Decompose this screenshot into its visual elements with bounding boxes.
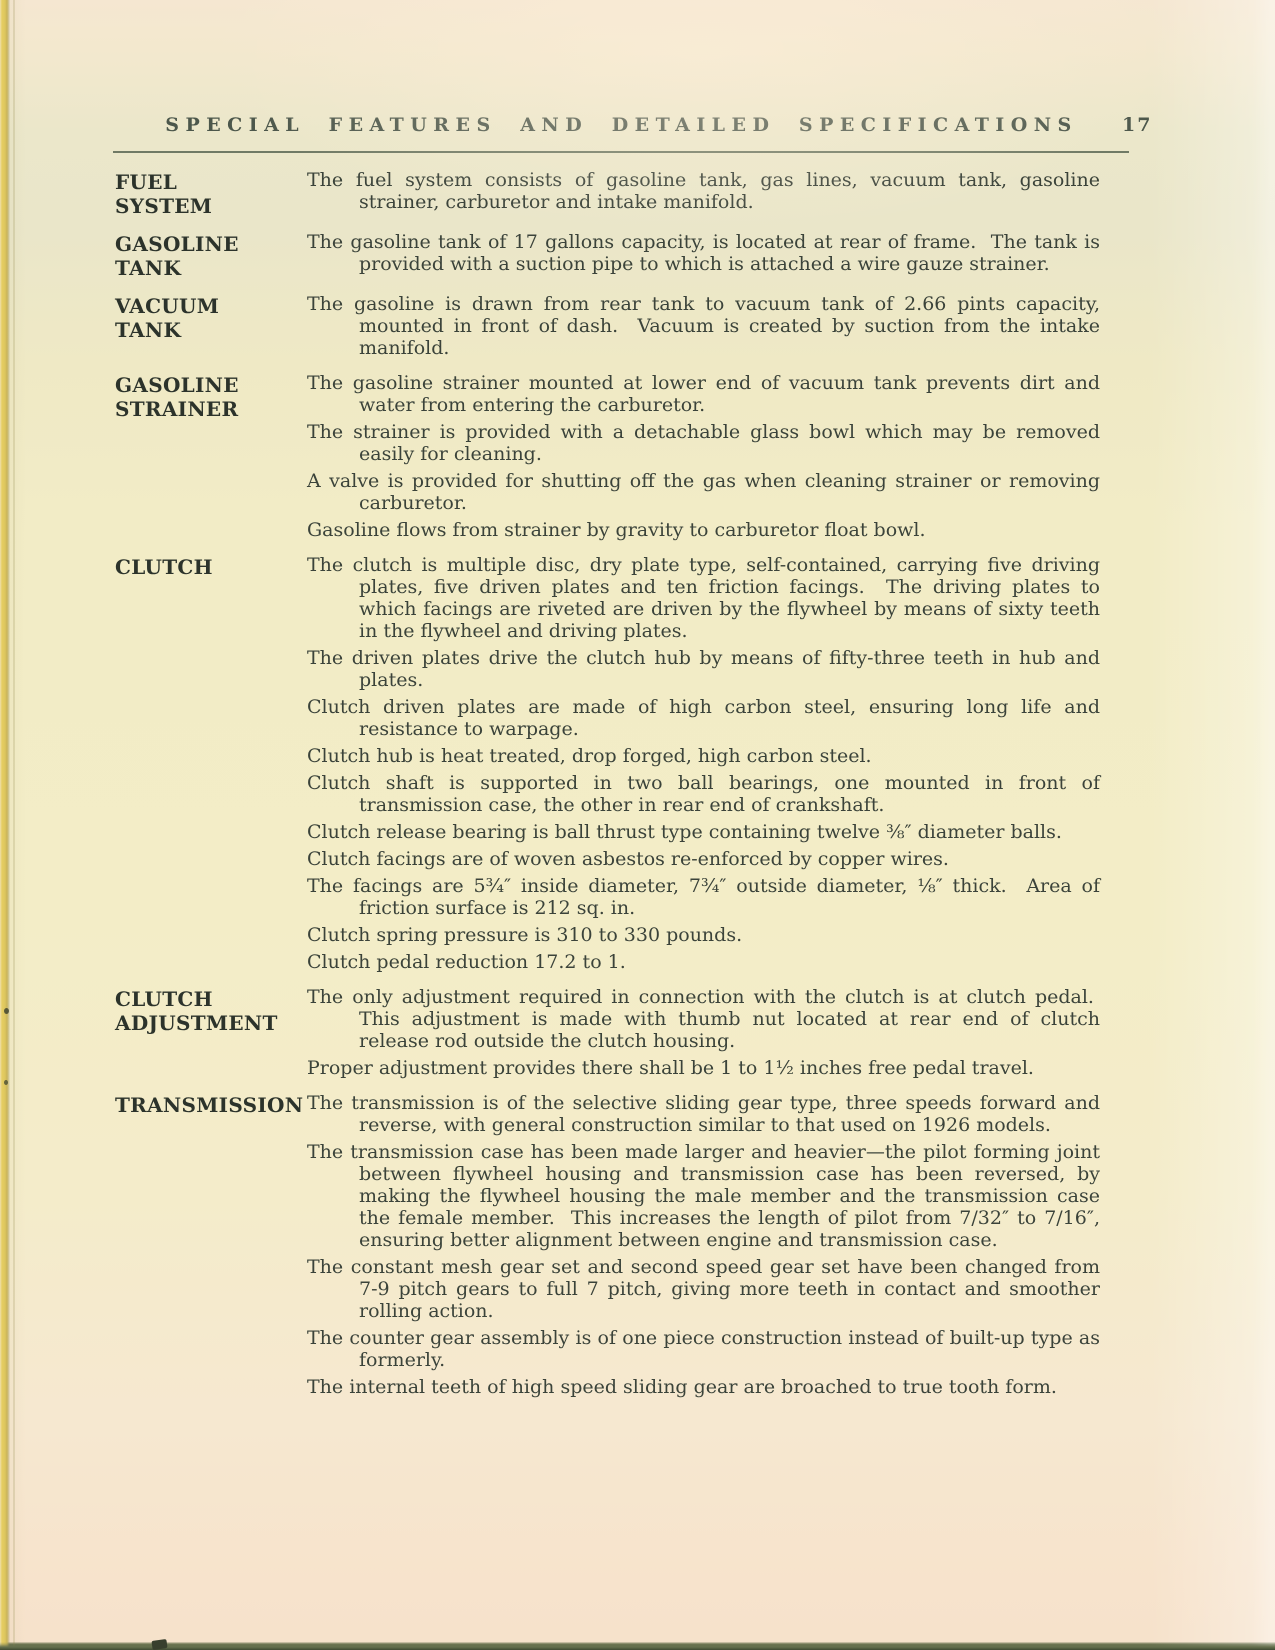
specification-sections: FUELSYSTEMThe fuel system consists of ga… [115,169,1100,1411]
section-paragraph: Clutch shaft is supported in two ball be… [307,772,1100,816]
section-body: The fuel system consists of gasoline tan… [307,169,1100,218]
section-paragraph: Clutch pedal reduction 17.2 to 1. [307,951,1100,973]
section-paragraph: Clutch hub is heat treated, drop forged,… [307,745,1100,767]
section-paragraph: Clutch facings are of woven asbestos re-… [307,848,1100,870]
section-label: VACUUMTANK [115,293,307,359]
section-label-line: SYSTEM [115,194,307,218]
scanned-manual-page: SPECIAL FEATURES AND DETAILED SPECIFICAT… [0,0,1275,1650]
spec-section: VACUUMTANKThe gasoline is drawn from rea… [115,293,1100,359]
section-label-line: CLUTCH [115,987,307,1011]
section-paragraph: The counter gear assembly is of one piec… [307,1327,1100,1371]
section-paragraph: The driven plates drive the clutch hub b… [307,647,1100,691]
section-label-line: GASOLINE [115,232,307,256]
page-bottom-edge [0,1642,1275,1650]
section-body: The gasoline tank of 17 gallons capacity… [307,231,1100,280]
section-label: GASOLINESTRAINER [115,372,307,541]
page-number: 17 [1122,114,1168,136]
section-paragraph: The strainer is provided with a detachab… [307,421,1100,465]
scan-artifact-speck [4,1080,8,1085]
spec-section: GASOLINESTRAINERThe gasoline strainer mo… [115,372,1100,541]
section-label-line: TANK [115,256,307,280]
section-paragraph: Clutch spring pressure is 310 to 330 pou… [307,924,1100,946]
section-label: CLUTCHADJUSTMENT [115,986,307,1079]
section-paragraph: The only adjustment required in connecti… [307,986,1100,1052]
section-paragraph: Proper adjustment provides there shall b… [307,1057,1100,1079]
spec-section: TRANSMISSIONThe transmission is of the s… [115,1092,1100,1398]
section-label-line: FUEL [115,170,307,194]
page-left-deckle-edge [0,0,10,1650]
section-paragraph: The internal teeth of high speed sliding… [307,1376,1100,1398]
spec-section: GASOLINETANKThe gasoline tank of 17 gall… [115,231,1100,280]
section-body: The gasoline is drawn from rear tank to … [307,293,1100,359]
section-paragraph: The gasoline tank of 17 gallons capacity… [307,231,1100,275]
section-paragraph: Gasoline flows from strainer by gravity … [307,519,1100,541]
section-label-line: VACUUM [115,294,307,318]
section-paragraph: The gasoline strainer mounted at lower e… [307,372,1100,416]
running-header-title: SPECIAL FEATURES AND DETAILED SPECIFICAT… [115,114,1128,136]
section-label-line: STRAINER [115,397,307,421]
section-paragraph: The fuel system consists of gasoline tan… [307,169,1100,213]
section-body: The gasoline strainer mounted at lower e… [307,372,1100,541]
section-label-line: TRANSMISSION [115,1093,307,1117]
section-paragraph: The clutch is multiple disc, dry plate t… [307,554,1100,642]
section-label: GASOLINETANK [115,231,307,280]
section-label: CLUTCH [115,554,307,973]
section-body: The transmission is of the selective sli… [307,1092,1100,1398]
spec-section: CLUTCHADJUSTMENTThe only adjustment requ… [115,986,1100,1079]
section-label-line: CLUTCH [115,555,307,579]
section-paragraph: The constant mesh gear set and second sp… [307,1256,1100,1322]
section-paragraph: The facings are 5¾″ inside diameter, 7¾″… [307,875,1100,919]
section-label: FUELSYSTEM [115,169,307,218]
spec-section: FUELSYSTEMThe fuel system consists of ga… [115,169,1100,218]
scan-artifact-speck [4,1008,9,1014]
page-left-crease-line [13,0,15,1650]
spec-section: CLUTCHThe clutch is multiple disc, dry p… [115,554,1100,973]
section-label-line: ADJUSTMENT [115,1011,307,1035]
section-paragraph: Clutch driven plates are made of high ca… [307,696,1100,740]
section-body: The clutch is multiple disc, dry plate t… [307,554,1100,973]
header-rule [113,151,1129,153]
section-label-line: TANK [115,318,307,342]
section-body: The only adjustment required in connecti… [307,986,1100,1079]
section-paragraph: Clutch release bearing is ball thrust ty… [307,821,1100,843]
section-paragraph: The transmission is of the selective sli… [307,1092,1100,1136]
section-paragraph: The gasoline is drawn from rear tank to … [307,293,1100,359]
section-paragraph: A valve is provided for shutting off the… [307,470,1100,514]
section-label: TRANSMISSION [115,1092,307,1398]
section-paragraph: The transmission case has been made larg… [307,1141,1100,1251]
section-label-line: GASOLINE [115,373,307,397]
